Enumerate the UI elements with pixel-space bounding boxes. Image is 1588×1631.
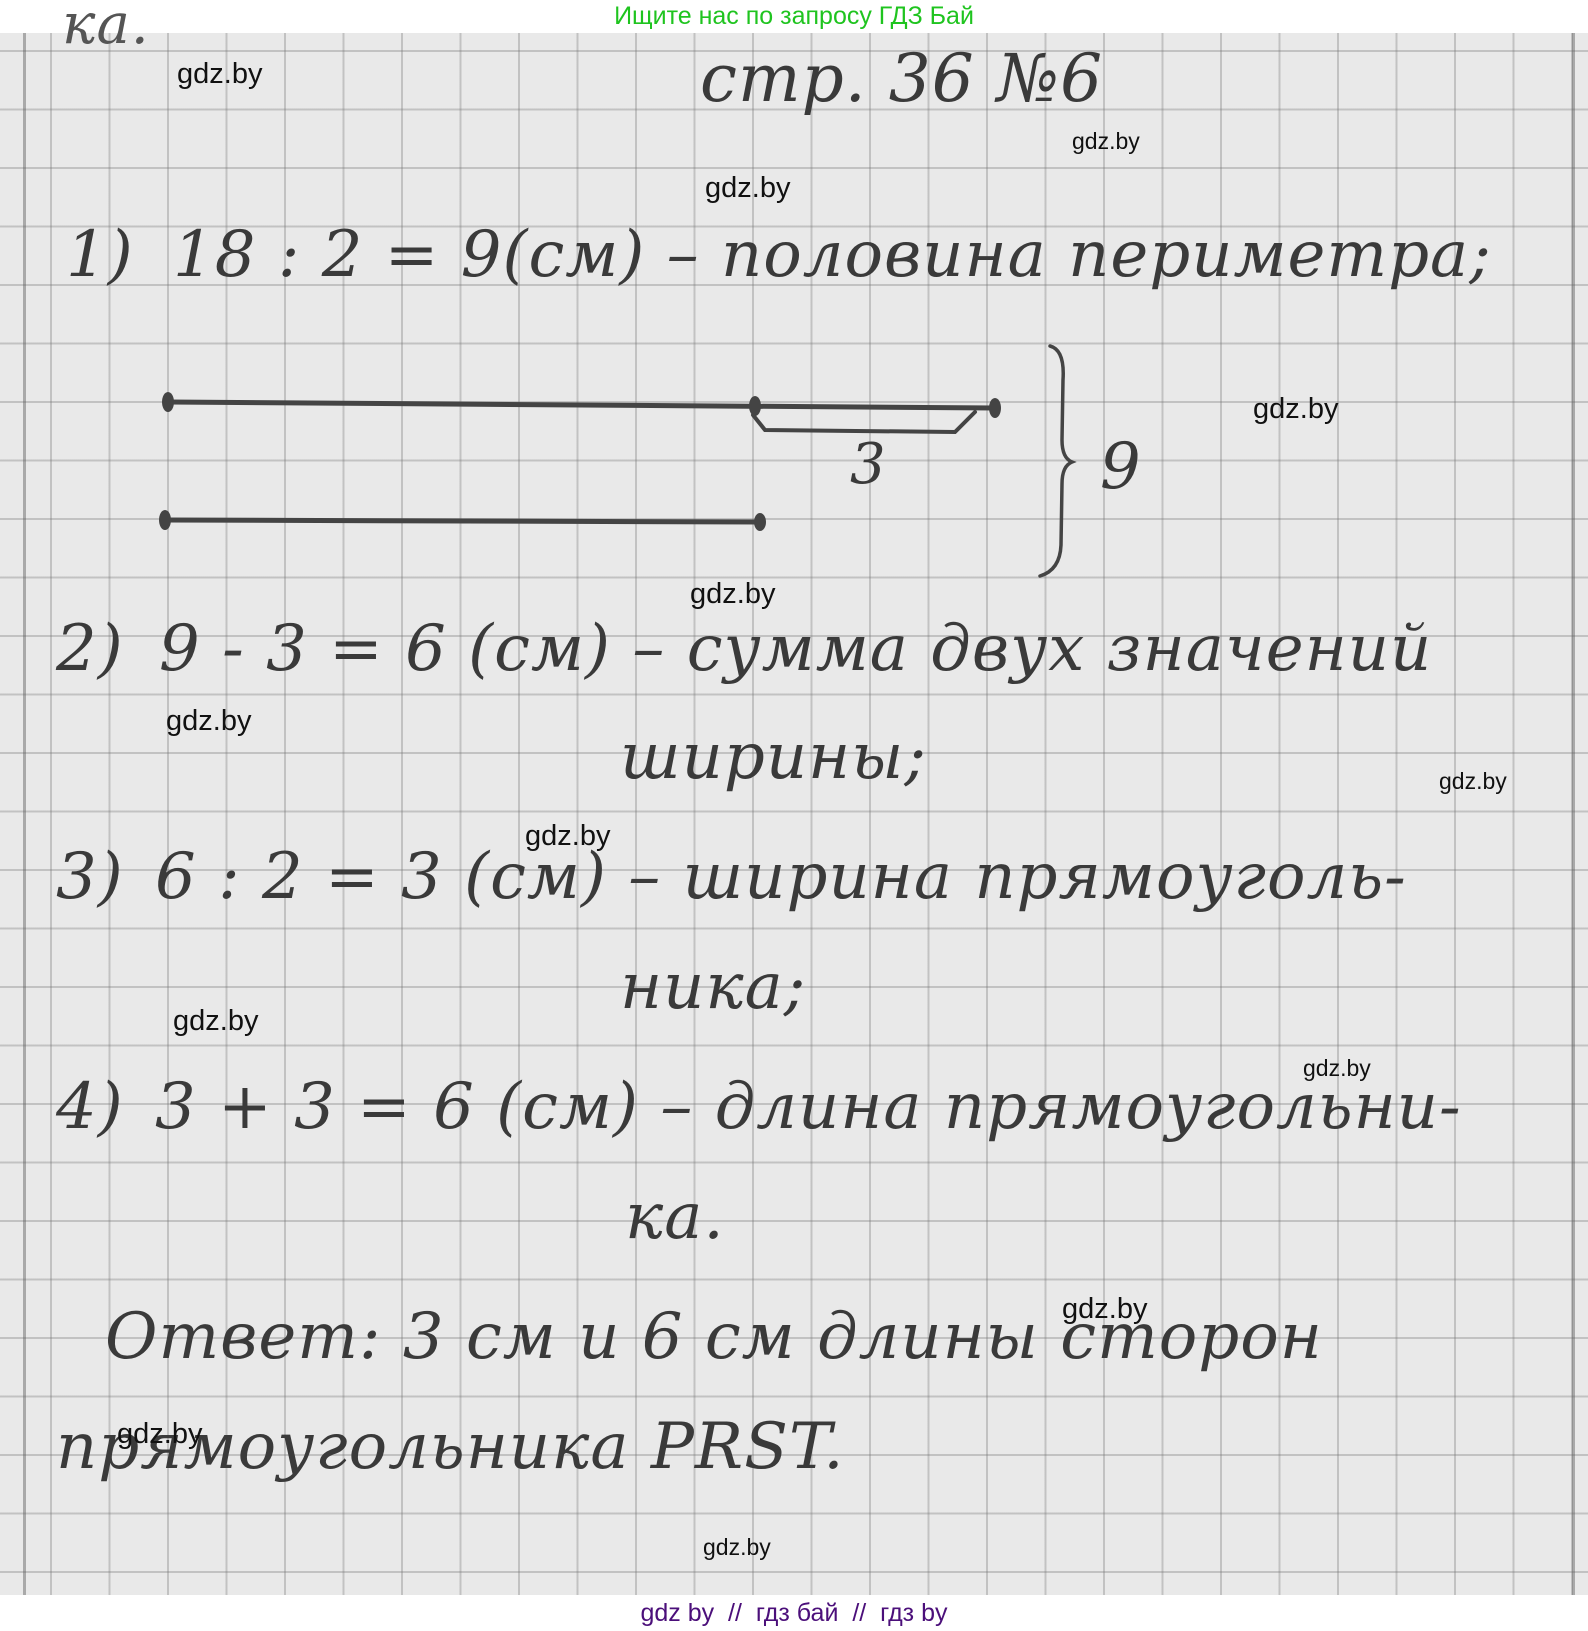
right-margin-line [1572, 33, 1575, 1595]
step-3-continuation: ника; [620, 950, 806, 1024]
search-banner: Ищите нас по запросу ГДЗ Бай [0, 0, 1588, 33]
watermark: gdz.by [1439, 768, 1507, 795]
watermark: gdz.by [117, 1418, 202, 1451]
watermark: gdz.by [703, 1534, 771, 1561]
step-number: 2) [56, 612, 124, 686]
site-footer: gdz by // гдз бай // гдз by [0, 1595, 1588, 1631]
step-4: 4) 3 + 3 = 6 (см) – длина прямоугольни- [56, 1070, 1462, 1144]
watermark: gdz.by [173, 1005, 258, 1038]
watermark: gdz.by [1062, 1293, 1147, 1326]
left-margin-line [23, 33, 26, 1595]
page-title: стр. 36 №6 [700, 40, 1103, 117]
step-1: 1) 18 : 2 = 9(см) – половина периметра; [66, 218, 1492, 292]
step-expression: 3 + 3 = 6 (см) [155, 1070, 639, 1144]
step-description: – ширина прямоуголь- [628, 840, 1406, 914]
step-description: – половина периметра; [667, 218, 1492, 292]
watermark: gdz.by [1303, 1055, 1371, 1082]
step-number: 1) [66, 218, 134, 292]
step-2-continuation: ширины; [620, 720, 927, 794]
watermark: gdz.by [1253, 393, 1338, 426]
watermark: gdz.by [166, 705, 251, 738]
watermark: gdz.by [690, 578, 775, 611]
step-expression: 9 - 3 = 6 (см) [159, 612, 611, 686]
step-number: 3) [56, 840, 124, 914]
top-fragment: ка. [62, 0, 150, 57]
watermark: gdz.by [177, 58, 262, 91]
step-3: 3) 6 : 2 = 3 (см) – ширина прямоуголь- [56, 840, 1407, 914]
step-expression: 18 : 2 = 9(см) [173, 218, 645, 292]
step-4-continuation: ка. [625, 1180, 725, 1254]
step-2: 2) 9 - 3 = 6 (см) – сумма двух значений [56, 612, 1432, 686]
step-description: – сумма двух значений [632, 612, 1432, 686]
segment-label: 3 [850, 432, 887, 497]
watermark: gdz.by [1072, 128, 1140, 155]
step-number: 4) [56, 1070, 124, 1144]
brace-label: 9 [1100, 430, 1142, 504]
watermark: gdz.by [525, 820, 610, 853]
watermark: gdz.by [705, 172, 790, 205]
